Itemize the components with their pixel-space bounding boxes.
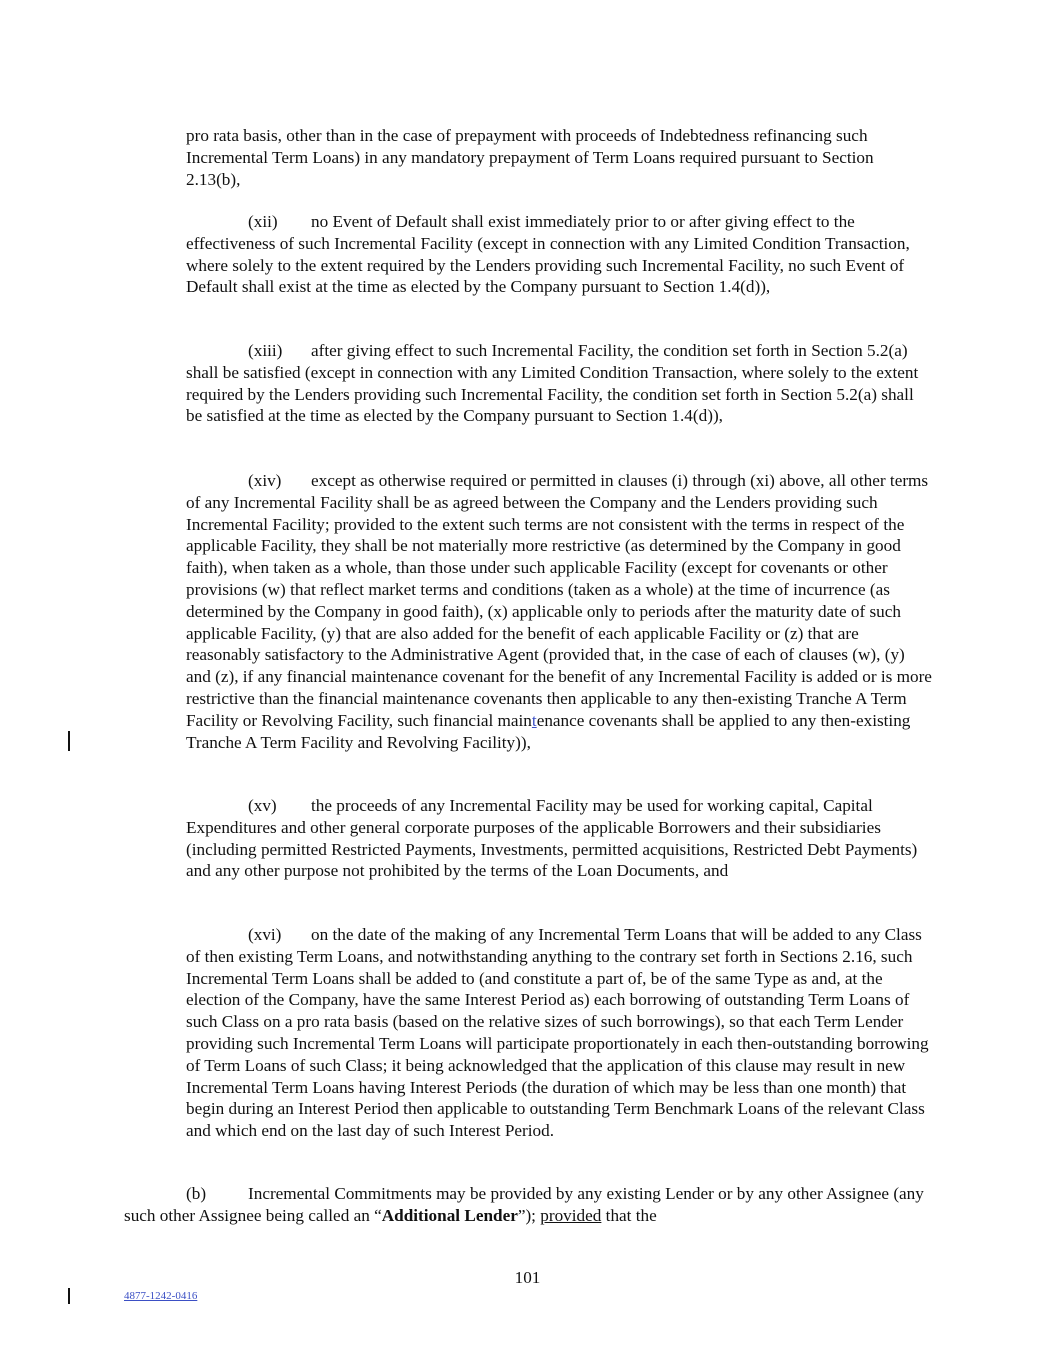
paragraph-text: ”); xyxy=(518,1206,540,1225)
clause-xiii: (xiii)after giving effect to such Increm… xyxy=(186,340,932,427)
clause-number: (xv) xyxy=(248,795,311,817)
clause-number: (xii) xyxy=(248,211,311,233)
clause-xiv: (xiv)except as otherwise required or per… xyxy=(186,470,932,753)
underlined-term: provided xyxy=(540,1206,601,1225)
document-page: pro rata basis, other than in the case o… xyxy=(0,0,1055,1365)
document-id-link[interactable]: 4877-1242-0416 xyxy=(124,1290,197,1302)
clause-xv: (xv)the proceeds of any Incremental Faci… xyxy=(186,795,932,882)
page-number: 101 xyxy=(0,1268,1055,1288)
paragraph-b: (b)Incremental Commitments may be provid… xyxy=(124,1183,934,1227)
change-bar xyxy=(68,1288,70,1304)
clause-xvi: (xvi)on the date of the making of any In… xyxy=(186,924,932,1142)
clause-text: on the date of the making of any Increme… xyxy=(186,925,929,1140)
clause-xii: (xii)no Event of Default shall exist imm… xyxy=(186,211,932,298)
clause-number: (xvi) xyxy=(248,924,311,946)
intro-paragraph: pro rata basis, other than in the case o… xyxy=(186,125,932,190)
clause-number: (xiii) xyxy=(248,340,311,362)
clause-number: (xiv) xyxy=(248,470,311,492)
paragraph-number: (b) xyxy=(186,1183,248,1205)
clause-text: except as otherwise required or permitte… xyxy=(186,471,932,730)
intro-text: pro rata basis, other than in the case o… xyxy=(186,126,874,189)
change-bar xyxy=(68,731,70,751)
defined-term: Additional Lender xyxy=(382,1206,518,1225)
paragraph-text: that the xyxy=(601,1206,656,1225)
